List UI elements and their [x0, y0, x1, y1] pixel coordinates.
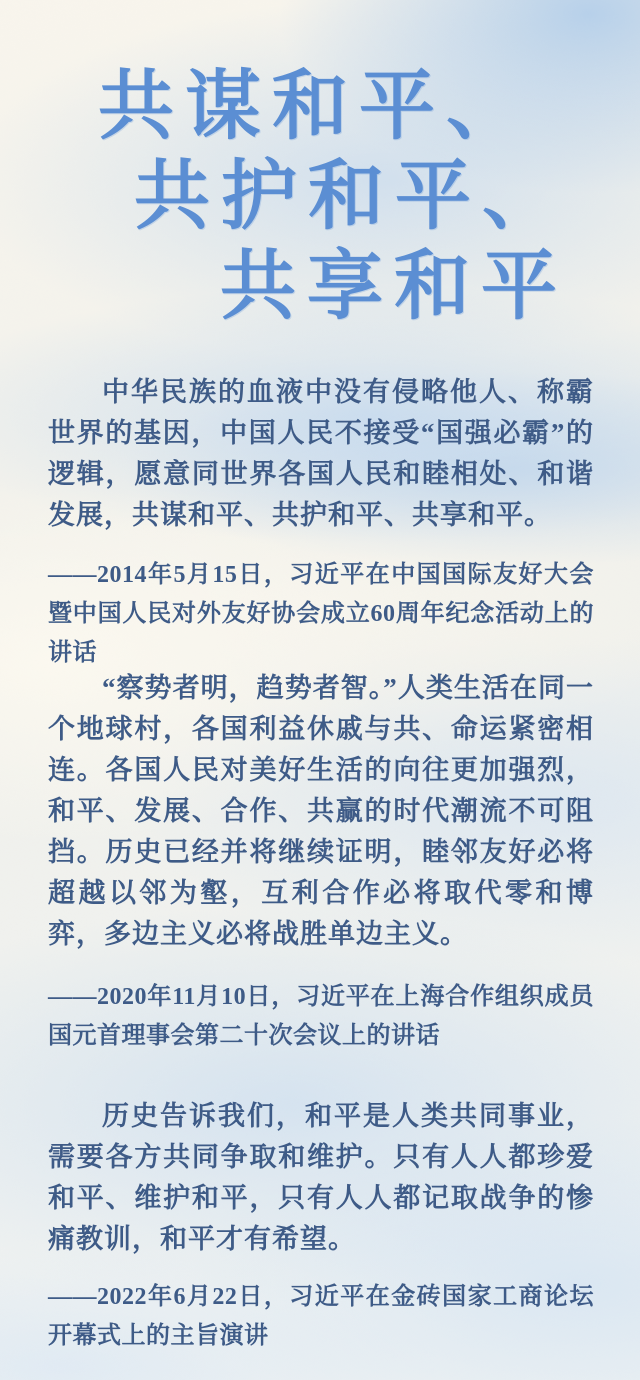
quote-1-attribution: ——2014年5月15日，习近平在中国国际友好大会暨中国人民对外友好协会成立60… [48, 556, 594, 673]
quote-2-text: “察势者明，趋势者智。”人类生活在同一个地球村，各国利益休戚与共、命运紧密相连。… [48, 668, 594, 955]
title-line-3: 共享和平 [220, 242, 640, 332]
peace-quotes-poster: 共谋和平、 共护和平、 共享和平 中华民族的血液中没有侵略他人、称霸世界的基因，… [0, 0, 640, 1380]
title-line-1: 共谋和平、 [98, 62, 640, 152]
title-line-2: 共护和平、 [134, 152, 640, 242]
quote-1-text: 中华民族的血液中没有侵略他人、称霸世界的基因，中国人民不接受“国强必霸”的逻辑，… [48, 372, 594, 536]
quote-3-attribution: ——2022年6月22日，习近平在金砖国家工商论坛开幕式上的主旨演讲 [48, 1278, 594, 1356]
quote-3-text: 历史告诉我们，和平是人类共同事业，需要各方共同争取和维护。只有人人都珍爱和平、维… [48, 1096, 594, 1260]
poster-title: 共谋和平、 共护和平、 共享和平 [0, 62, 640, 332]
quote-2-attribution: ——2020年11月10日，习近平在上海合作组织成员国元首理事会第二十次会议上的… [48, 978, 594, 1056]
